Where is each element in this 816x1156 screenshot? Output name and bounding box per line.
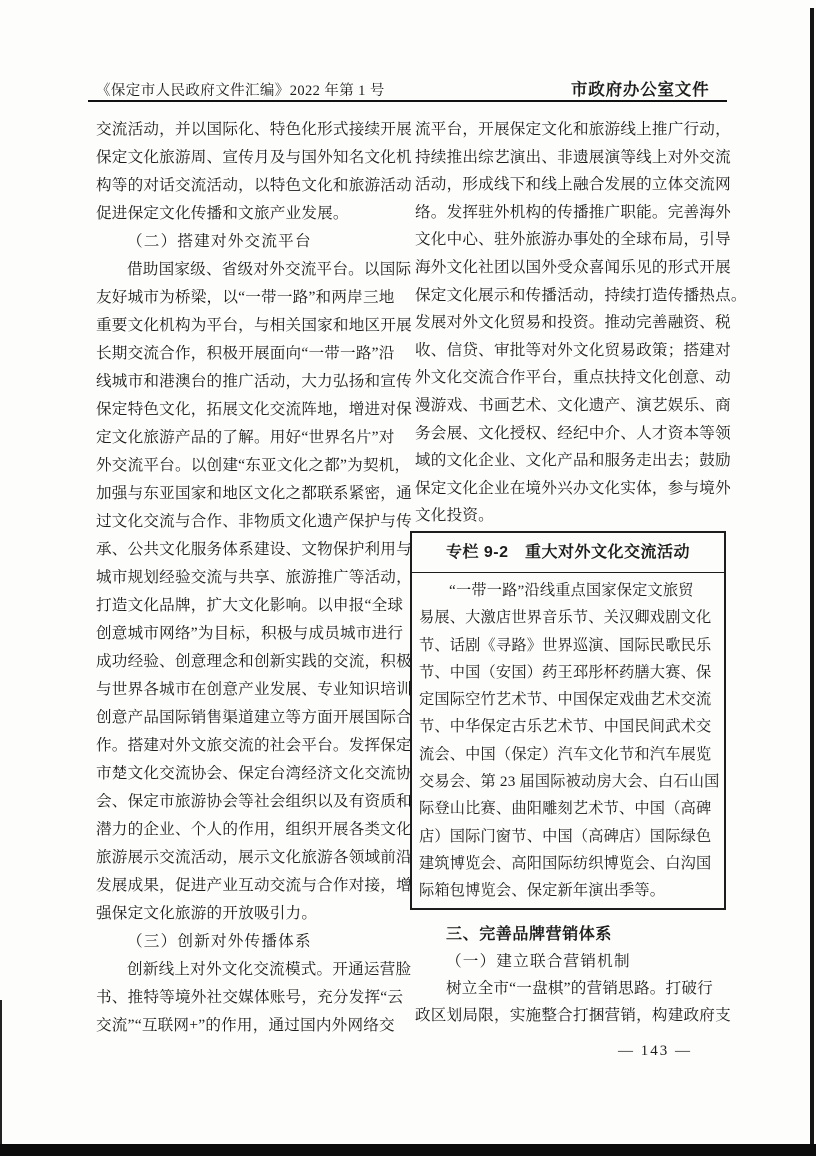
text-line: 收、信贷、审批等对外文化贸易政策；搭建对 bbox=[415, 337, 729, 365]
text-line: 漫游戏、书画艺术、文化遗产、演艺娱乐、商 bbox=[415, 392, 729, 420]
text-line: 承、公共文化服务体系建设、文物保护利用与 bbox=[96, 536, 408, 564]
document-page: 《保定市人民政府文件汇编》2022 年第 1 号 市政府办公室文件 交流活动，并… bbox=[0, 0, 816, 1156]
text-line: 定文化旅游产品的了解。用好“世界名片”对 bbox=[96, 424, 408, 452]
text-line: 交流活动，并以国际化、特色化形式接续开展 bbox=[96, 116, 408, 144]
text-line: 市楚文化交流协会、保定台湾经济文化交流协 bbox=[96, 760, 408, 788]
text-line: 外交流平台。以创建“东亚文化之都”为契机， bbox=[96, 452, 408, 480]
text-line: 节、中国（安国）药王邳彤杯药膳大赛、保 bbox=[419, 659, 717, 686]
text-line: 与世界各城市在创意产业发展、专业知识培训、 bbox=[96, 676, 408, 704]
text-line: （三）创新对外传播体系 bbox=[96, 928, 408, 956]
text-line: 打造文化品牌，扩大文化影响。以申报“全球 bbox=[96, 592, 408, 620]
text-line: 保定文化展示和传播活动，持续打造传播热点。 bbox=[415, 282, 729, 310]
text-line: （一）建立联合营销机制 bbox=[415, 948, 729, 975]
text-line: 创意城市网络”为目标，积极与成员城市进行 bbox=[96, 620, 408, 648]
text-line: 建筑博览会、高阳国际纺织博览会、白沟国 bbox=[419, 850, 717, 877]
text-line: 流会、中国（保定）汽车文化节和汽车展览 bbox=[419, 741, 717, 768]
text-line: 文化中心、驻外旅游办事处的全球布局，引导 bbox=[415, 226, 729, 254]
text-line: 潜力的企业、个人的作用，组织开展各类文化 bbox=[96, 816, 408, 844]
text-line: 创意产品国际销售渠道建立等方面开展国际合 bbox=[96, 704, 408, 732]
text-line: 定国际空竹艺术节、中国保定戏曲艺术交流 bbox=[419, 686, 717, 713]
scan-edge-left bbox=[0, 1000, 2, 1156]
text-line: 借助国家级、省级对外交流平台。以国际 bbox=[96, 256, 408, 284]
text-line: 文化投资。 bbox=[415, 502, 729, 530]
text-line: 创新线上对外文化交流模式。开通运营脸 bbox=[96, 956, 408, 984]
text-line: “一带一路”沿线重点国家保定文旅贸 bbox=[419, 577, 717, 604]
text-line: 成功经验、创意理念和创新实践的交流，积极 bbox=[96, 648, 408, 676]
text-line: 流平台，开展保定文化和旅游线上推广行动， bbox=[415, 116, 729, 144]
text-line: 外文化交流合作平台，重点扶持文化创意、动 bbox=[415, 364, 729, 392]
text-line: 域的文化企业、文化产品和服务走出去；鼓励 bbox=[415, 447, 729, 475]
scan-edge-right bbox=[810, 8, 814, 1156]
left-text-column: 交流活动，并以国际化、特色化形式接续开展保定文化旅游周、宣传月及与国外知名文化机… bbox=[96, 116, 408, 1040]
right-text-column-bottom: 三、完善品牌营销体系（一）建立联合营销机制树立全市“一盘棋”的营销思路。打破行政… bbox=[415, 921, 729, 1029]
text-line: 构等的对话交流活动，以特色文化和旅游活动 bbox=[96, 172, 408, 200]
text-line: 交流”“互联网+”的作用，通过国内外网络交 bbox=[96, 1012, 408, 1040]
text-line: 促进保定文化传播和文旅产业发展。 bbox=[96, 200, 408, 228]
text-line: 长期交流合作，积极开展面向“一带一路”沿 bbox=[96, 340, 408, 368]
page-number: — 143 — bbox=[600, 1043, 710, 1060]
text-line: 保定特色文化，拓展文化交流阵地，增进对保 bbox=[96, 396, 408, 424]
text-line: 会、保定市旅游协会等社会组织以及有资质和 bbox=[96, 788, 408, 816]
text-line: 节、话剧《寻路》世界巡演、国际民歌民乐 bbox=[419, 632, 717, 659]
right-text-column-top: 流平台，开展保定文化和旅游线上推广行动，持续推出综艺演出、非遗展演等线上对外交流… bbox=[415, 116, 729, 530]
panel-title: 专栏 9-2 重大对外文化交流活动 bbox=[412, 533, 724, 573]
text-line: 线城市和港澳台的推广活动，大力弘扬和宣传 bbox=[96, 368, 408, 396]
text-line: 海外文化社团以国外受众喜闻乐见的形式开展 bbox=[415, 254, 729, 282]
text-line: 务会展、文化授权、经纪中介、人才资本等领 bbox=[415, 420, 729, 448]
text-line: 保定文化旅游周、宣传月及与国外知名文化机 bbox=[96, 144, 408, 172]
text-line: 络。发挥驻外机构的传播推广职能。完善海外 bbox=[415, 199, 729, 227]
text-line: 强保定文化旅游的开放吸引力。 bbox=[96, 900, 408, 928]
header-rule bbox=[88, 100, 727, 102]
special-column-panel: 专栏 9-2 重大对外文化交流活动 “一带一路”沿线重点国家保定文旅贸易展、大激… bbox=[410, 531, 726, 910]
text-line: 易展、大激店世界音乐节、关汉卿戏剧文化 bbox=[419, 604, 717, 631]
text-line: 交易会、第 23 届国际被动房大会、白石山国 bbox=[419, 768, 717, 795]
text-line: （二）搭建对外交流平台 bbox=[96, 228, 408, 256]
text-line: 友好城市为桥梁，以“一带一路”和两岸三地 bbox=[96, 284, 408, 312]
text-line: 保定文化企业在境外兴办文化实体，参与境外 bbox=[415, 475, 729, 503]
text-line: 城市规划经验交流与共享、旅游推广等活动， bbox=[96, 564, 408, 592]
text-line: 加强与东亚国家和地区文化之都联系紧密，通 bbox=[96, 480, 408, 508]
text-line: 店）国际门窗节、中国（高碑店）国际绿色 bbox=[419, 823, 717, 850]
text-line: 重要文化机构为平台，与相关国家和地区开展 bbox=[96, 312, 408, 340]
text-line: 持续推出综艺演出、非遗展演等线上对外交流 bbox=[415, 144, 729, 172]
text-line: 发展成果，促进产业互动交流与合作对接，增 bbox=[96, 872, 408, 900]
text-line: 书、推特等境外社交媒体账号，充分发挥“云 bbox=[96, 984, 408, 1012]
text-line: 政区划局限，实施整合打捆营销，构建政府支 bbox=[415, 1002, 729, 1029]
header-left-title: 《保定市人民政府文件汇编》2022 年第 1 号 bbox=[96, 79, 426, 100]
text-line: 旅游展示交流活动，展示文化旅游各领域前沿 bbox=[96, 844, 408, 872]
panel-body: “一带一路”沿线重点国家保定文旅贸易展、大激店世界音乐节、关汉卿戏剧文化节、话剧… bbox=[412, 573, 724, 908]
text-line: 活动，形成线下和线上融合发展的立体交流网 bbox=[415, 171, 729, 199]
text-line: 际箱包博览会、保定新年演出季等。 bbox=[419, 877, 717, 904]
text-line: 三、完善品牌营销体系 bbox=[415, 921, 729, 948]
text-line: 作。搭建对外文旅交流的社会平台。发挥保定 bbox=[96, 732, 408, 760]
text-line: 际登山比赛、曲阳雕刻艺术节、中国（高碑 bbox=[419, 795, 717, 822]
text-line: 发展对外文化贸易和投资。推动完善融资、税 bbox=[415, 309, 729, 337]
text-line: 节、中华保定古乐艺术节、中国民间武术交 bbox=[419, 713, 717, 740]
text-line: 树立全市“一盘棋”的营销思路。打破行 bbox=[415, 975, 729, 1002]
text-line: 过文化交流与合作、非物质文化遗产保护与传 bbox=[96, 508, 408, 536]
header-right-title: 市政府办公室文件 bbox=[571, 76, 727, 100]
scan-edge-bottom bbox=[0, 1144, 816, 1156]
